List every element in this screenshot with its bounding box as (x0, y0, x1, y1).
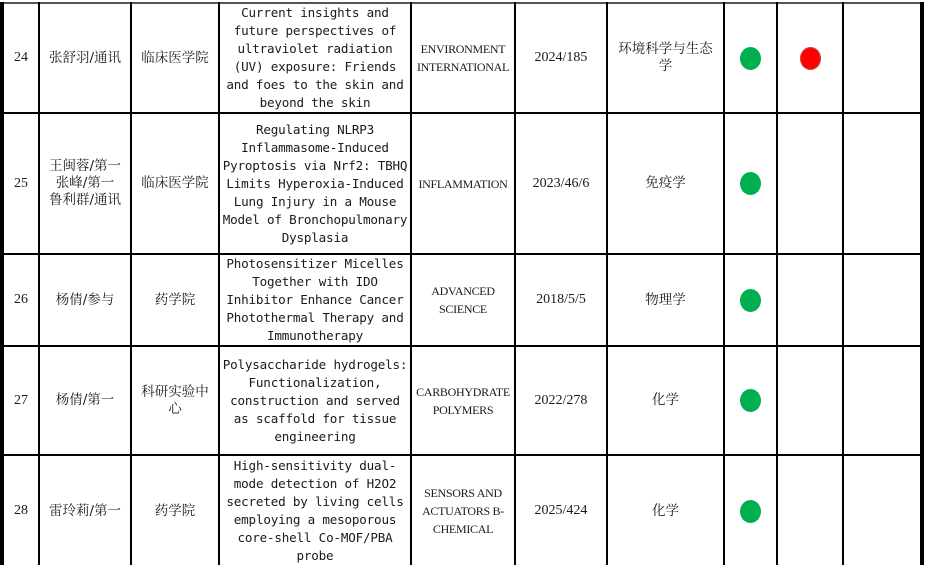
paper-title-cell[interactable]: Current insights andfuture perspectives … (219, 3, 411, 113)
table-row: 28 雷玲莉/第一 药学院 High-sensitivity dual-mode… (2, 455, 922, 565)
green-dot-icon (740, 389, 761, 412)
volume-text: 2023/46/6 (533, 176, 590, 191)
table-row: 24 张舒羽/通讯 临床医学院 Current insights andfutu… (2, 3, 922, 113)
title-line: core-shell Co-MOF/PBA (221, 529, 409, 547)
subject-cell[interactable]: 免疫学 (607, 113, 724, 254)
title-line: future perspectives of (221, 22, 409, 40)
journal-cell[interactable]: CARBOHYDRATEPOLYMERS (411, 346, 515, 455)
title-line: secreted by living cells (221, 493, 409, 511)
journal-line: SENSORS AND (414, 484, 512, 502)
department-cell[interactable]: 药学院 (131, 455, 219, 565)
row-number: 25 (14, 176, 28, 191)
title-line: employing a mesoporous (221, 511, 409, 529)
department-cell[interactable]: 科研实验中心 (131, 346, 219, 455)
title-line: Inhibitor Enhance Cancer (221, 291, 409, 309)
title-line: Photosensitizer Micelles (221, 255, 409, 273)
department-line: 科研实验中 (134, 384, 216, 401)
row-number-cell[interactable]: 24 (2, 3, 39, 113)
department-line: 心 (134, 401, 216, 418)
volume-text: 2024/185 (535, 50, 588, 65)
row-number: 27 (14, 393, 28, 408)
row-number-cell[interactable]: 25 (2, 113, 39, 254)
indicator-2-cell[interactable] (777, 3, 843, 113)
author-cell[interactable]: 张舒羽/通讯 (39, 3, 131, 113)
indicator-1-cell[interactable] (724, 254, 777, 346)
author-cell[interactable]: 杨倩/参与 (39, 254, 131, 346)
subject-line: 化学 (610, 503, 721, 520)
title-line: Photothermal Therapy and (221, 309, 409, 327)
department-cell[interactable]: 药学院 (131, 254, 219, 346)
subject-cell[interactable]: 环境科学与生态学 (607, 3, 724, 113)
title-line: probe (221, 547, 409, 565)
department-line: 临床医学院 (134, 175, 216, 192)
author-line: 王闽蓉/第一 (42, 158, 128, 175)
journal-cell[interactable]: INFLAMMATION (411, 113, 515, 254)
red-dot-icon (800, 47, 821, 70)
department-cell[interactable]: 临床医学院 (131, 3, 219, 113)
subject-line: 化学 (610, 392, 721, 409)
title-line: Immunotherapy (221, 327, 409, 345)
journal-line: INTERNATIONAL (414, 58, 512, 76)
row-number-cell[interactable]: 28 (2, 455, 39, 565)
table-row: 26 杨倩/参与 药学院 Photosensitizer MicellesTog… (2, 254, 922, 346)
indicator-1-cell[interactable] (724, 346, 777, 455)
indicator-2-cell[interactable] (777, 113, 843, 254)
department-cell[interactable]: 临床医学院 (131, 113, 219, 254)
indicator-2-cell[interactable] (777, 455, 843, 565)
author-line: 张峰/第一 (42, 175, 128, 192)
subject-line: 免疫学 (610, 175, 721, 192)
title-line: High-sensitivity dual- (221, 457, 409, 475)
journal-line: CHEMICAL (414, 520, 512, 538)
volume-text: 2025/424 (535, 503, 588, 518)
title-line: Lung Injury in a Mouse (221, 193, 409, 211)
indicator-3-cell[interactable] (843, 254, 922, 346)
title-line: and foes to the skin and (221, 76, 409, 94)
table-row: 25 王闽蓉/第一张峰/第一鲁利群/通讯 临床医学院 Regulating NL… (2, 113, 922, 254)
indicator-3-cell[interactable] (843, 455, 922, 565)
paper-title-cell[interactable]: High-sensitivity dual-mode detection of … (219, 455, 411, 565)
author-line: 雷玲莉/第一 (42, 503, 128, 520)
author-line: 杨倩/参与 (42, 292, 128, 309)
row-number-cell[interactable]: 26 (2, 254, 39, 346)
author-line: 杨倩/第一 (42, 392, 128, 409)
table-row: 27 杨倩/第一 科研实验中心 Polysaccharide hydrogels… (2, 346, 922, 455)
volume-cell[interactable]: 2023/46/6 (515, 113, 607, 254)
paper-title-cell[interactable]: Photosensitizer MicellesTogether with ID… (219, 254, 411, 346)
title-line: mode detection of H2O2 (221, 475, 409, 493)
green-dot-icon (740, 289, 761, 312)
title-line: Current insights and (221, 4, 409, 22)
title-line: (UV) exposure: Friends (221, 58, 409, 76)
indicator-1-cell[interactable] (724, 3, 777, 113)
title-line: as scaffold for tissue (221, 410, 409, 428)
volume-text: 2018/5/5 (536, 292, 586, 307)
indicator-3-cell[interactable] (843, 3, 922, 113)
row-number: 24 (14, 50, 28, 65)
indicator-3-cell[interactable] (843, 346, 922, 455)
author-line: 张舒羽/通讯 (42, 50, 128, 67)
journal-line: CARBOHYDRATE (414, 383, 512, 401)
paper-title-cell[interactable]: Polysaccharide hydrogels:Functionalizati… (219, 346, 411, 455)
title-line: ultraviolet radiation (221, 40, 409, 58)
title-line: Polysaccharide hydrogels: (221, 356, 409, 374)
subject-line: 物理学 (610, 292, 721, 309)
indicator-1-cell[interactable] (724, 455, 777, 565)
title-line: beyond the skin (221, 94, 409, 112)
title-line: construction and served (221, 392, 409, 410)
indicator-3-cell[interactable] (843, 113, 922, 254)
subject-cell[interactable]: 化学 (607, 346, 724, 455)
journal-line: POLYMERS (414, 401, 512, 419)
title-line: engineering (221, 428, 409, 446)
journal-cell[interactable]: SENSORS ANDACTUATORS B-CHEMICAL (411, 455, 515, 565)
green-dot-icon (740, 500, 761, 523)
green-dot-icon (740, 47, 761, 70)
publication-table: 24 张舒羽/通讯 临床医学院 Current insights andfutu… (0, 2, 924, 565)
title-line: Limits Hyperoxia-Induced (221, 175, 409, 193)
volume-cell[interactable]: 2022/278 (515, 346, 607, 455)
author-cell[interactable]: 王闽蓉/第一张峰/第一鲁利群/通讯 (39, 113, 131, 254)
green-dot-icon (740, 172, 761, 195)
subject-cell[interactable]: 化学 (607, 455, 724, 565)
indicator-2-cell[interactable] (777, 346, 843, 455)
journal-line: SCIENCE (414, 300, 512, 318)
paper-title-cell[interactable]: Regulating NLRP3Inflammasome-InducedPyro… (219, 113, 411, 254)
title-line: Model of Bronchopulmonary (221, 211, 409, 229)
department-line: 药学院 (134, 292, 216, 309)
department-line: 临床医学院 (134, 50, 216, 67)
journal-line: ADVANCED (414, 282, 512, 300)
indicator-1-cell[interactable] (724, 113, 777, 254)
volume-cell[interactable]: 2025/424 (515, 455, 607, 565)
row-number: 28 (14, 503, 28, 518)
title-line: Functionalization, (221, 374, 409, 392)
volume-cell[interactable]: 2018/5/5 (515, 254, 607, 346)
author-line: 鲁利群/通讯 (42, 192, 128, 209)
journal-cell[interactable]: ADVANCEDSCIENCE (411, 254, 515, 346)
title-line: Together with IDO (221, 273, 409, 291)
journal-line: INFLAMMATION (414, 175, 512, 193)
journal-line: ACTUATORS B- (414, 502, 512, 520)
subject-cell[interactable]: 物理学 (607, 254, 724, 346)
title-line: Inflammasome-Induced (221, 139, 409, 157)
indicator-2-cell[interactable] (777, 254, 843, 346)
title-line: Pyroptosis via Nrf2: TBHQ (221, 157, 409, 175)
volume-text: 2022/278 (535, 393, 588, 408)
department-line: 药学院 (134, 503, 216, 520)
journal-cell[interactable]: ENVIRONMENTINTERNATIONAL (411, 3, 515, 113)
title-line: Dysplasia (221, 229, 409, 247)
row-number: 26 (14, 292, 28, 307)
row-number-cell[interactable]: 27 (2, 346, 39, 455)
author-cell[interactable]: 杨倩/第一 (39, 346, 131, 455)
author-cell[interactable]: 雷玲莉/第一 (39, 455, 131, 565)
title-line: Regulating NLRP3 (221, 121, 409, 139)
volume-cell[interactable]: 2024/185 (515, 3, 607, 113)
subject-line: 学 (610, 58, 721, 75)
journal-line: ENVIRONMENT (414, 40, 512, 58)
subject-line: 环境科学与生态 (610, 41, 721, 58)
